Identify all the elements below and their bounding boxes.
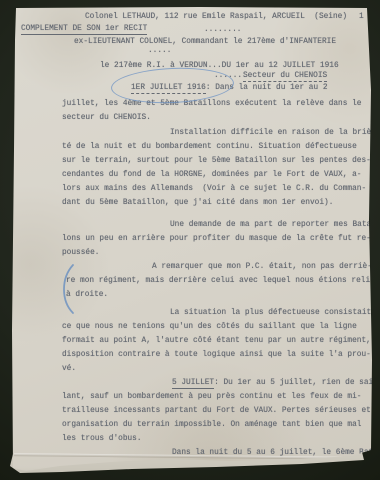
text-segment: dant du 5ème Bataillon, que j'ai cité da…	[62, 199, 333, 207]
sector-heading: Secteur du CHENOIS	[243, 72, 327, 81]
body-line: sur le terrain, surtout pour le 5ème Bat…	[62, 157, 371, 166]
text-segment: Dans la nuit du 5 au 6 juillet, le 6ème …	[172, 449, 380, 457]
body-line: La situation la plus défectueuse consist…	[170, 309, 380, 318]
sender-rank-line: ex-LIEUTENANT COLONEL, Commandant le 217…	[74, 38, 336, 47]
text-segment: disposition contraire à toute logique ai…	[62, 351, 371, 359]
text-segment: cendantes du fond de la HORGNE, dominées…	[62, 171, 361, 179]
body-line: organisation du terrain impossible. On a…	[62, 421, 361, 430]
scan-background: Colonel LETHAUD, 112 rue Emile Raspail, …	[0, 0, 380, 480]
text-segment: les trous d'obus.	[62, 435, 142, 443]
body-line: formait au point A, l'autre côté étant t…	[62, 337, 371, 346]
sender-address-line: Colonel LETHAUD, 112 rue Emile Raspail, …	[85, 13, 347, 22]
underlined-text-segment: 5 JUILLET	[172, 379, 214, 389]
text-segment: : Du 1er au 5 juillet, rien de sail-	[214, 379, 380, 387]
pen-parenthesis-annotation	[56, 262, 78, 316]
text-segment: Une demande de ma part de reporter mes B…	[170, 221, 380, 229]
body-line: lant, sauf un bombardement à peu près co…	[62, 393, 361, 402]
body-line: Installation difficile en raison de la b…	[170, 129, 380, 138]
text-segment: juillet, les 4ème et 5ème Bataillons exé…	[62, 100, 361, 108]
text-segment: lons un peu en arrière pour profiter du …	[62, 235, 371, 243]
text-segment: ........	[204, 26, 241, 34]
text-segment: Installation difficile en raison de la b…	[170, 129, 380, 137]
text-segment: lors aux mains des Allemands (Voir à ce …	[62, 185, 366, 193]
document-title: COMPLEMENT DE SON 1er RECIT	[21, 25, 147, 34]
text-segment: vé.	[62, 365, 76, 373]
text-segment: secteur du CHENOIS.	[62, 114, 151, 122]
body-line: Une demande de ma part de reporter mes B…	[170, 221, 380, 230]
text-segment: formait au point A, l'autre côté étant t…	[62, 337, 371, 345]
body-line: vé.	[62, 365, 76, 374]
body-line: ce que nous ne tenions qu'un des côtés d…	[62, 323, 357, 332]
body-line: disposition contraire à toute logique ai…	[62, 351, 371, 360]
text-segment: poussée.	[62, 249, 99, 257]
subject-line: le 217ème R.I. à VERDUN...DU 1er au 12 J…	[100, 62, 339, 71]
text-segment: organisation du terrain impossible. On a…	[62, 421, 361, 429]
body-line: les trous d'obus.	[62, 435, 142, 444]
body-line: secteur du CHENOIS.	[62, 114, 151, 123]
page-number: 1	[359, 13, 364, 22]
text-segment: re mon régiment, mais derrière celui ave…	[66, 277, 375, 285]
text-segment: A remarquer que mon P.C. était, non pas …	[152, 263, 372, 271]
body-line: té de la nuit et du bombardement continu…	[62, 143, 357, 152]
text-segment: Colonel LETHAUD, 112 rue Emile Raspail, …	[85, 13, 347, 21]
typed-dots: .....	[148, 47, 171, 56]
text-segment: té de la nuit et du bombardement continu…	[62, 143, 357, 151]
body-line: lors aux mains des Allemands (Voir à ce …	[62, 185, 366, 194]
body-line: A remarquer que mon P.C. était, non pas …	[152, 263, 372, 272]
text-segment: ce que nous ne tenions qu'un des côtés d…	[62, 323, 357, 331]
body-line: re mon régiment, mais derrière celui ave…	[66, 277, 375, 286]
body-line: poussée.	[62, 249, 99, 258]
text-segment: le 217ème R.I. à VERDUN...DU 1er au 12 J…	[100, 62, 339, 70]
text-segment: ex-LIEUTENANT COLONEL, Commandant le 217…	[74, 38, 336, 46]
text-segment: .....	[148, 47, 171, 55]
text-segment: lant, sauf un bombardement à peu près co…	[62, 393, 361, 401]
underlined-text-segment: Secteur du CHENOIS	[243, 72, 327, 82]
body-line: lons un peu en arrière pour profiter du …	[62, 235, 371, 244]
text-segment: La situation la plus défectueuse consist…	[170, 309, 380, 317]
body-line: juillet, les 4ème et 5ème Bataillons exé…	[62, 100, 361, 109]
underlined-text-segment: COMPLEMENT DE SON 1er RECIT	[21, 25, 147, 35]
parenthesis-stroke	[64, 265, 73, 313]
text-segment: sur le terrain, surtout pour le 5ème Bat…	[62, 157, 371, 165]
body-line: dant du 5ème Bataillon, que j'ai cité da…	[62, 199, 333, 208]
text-segment: 1	[359, 13, 364, 21]
date-heading-line: 5 JUILLET: Du 1er au 5 juillet, rien de …	[172, 379, 380, 388]
body-line: cendantes du fond de la HORGNE, dominées…	[62, 171, 361, 180]
text-segment: trailleuse incessants partant du Fort de…	[62, 407, 371, 415]
body-line: trailleuse incessants partant du Fort de…	[62, 407, 371, 416]
document-paper: Colonel LETHAUD, 112 rue Emile Raspail, …	[0, 0, 380, 480]
typed-dots: ........	[204, 26, 241, 35]
